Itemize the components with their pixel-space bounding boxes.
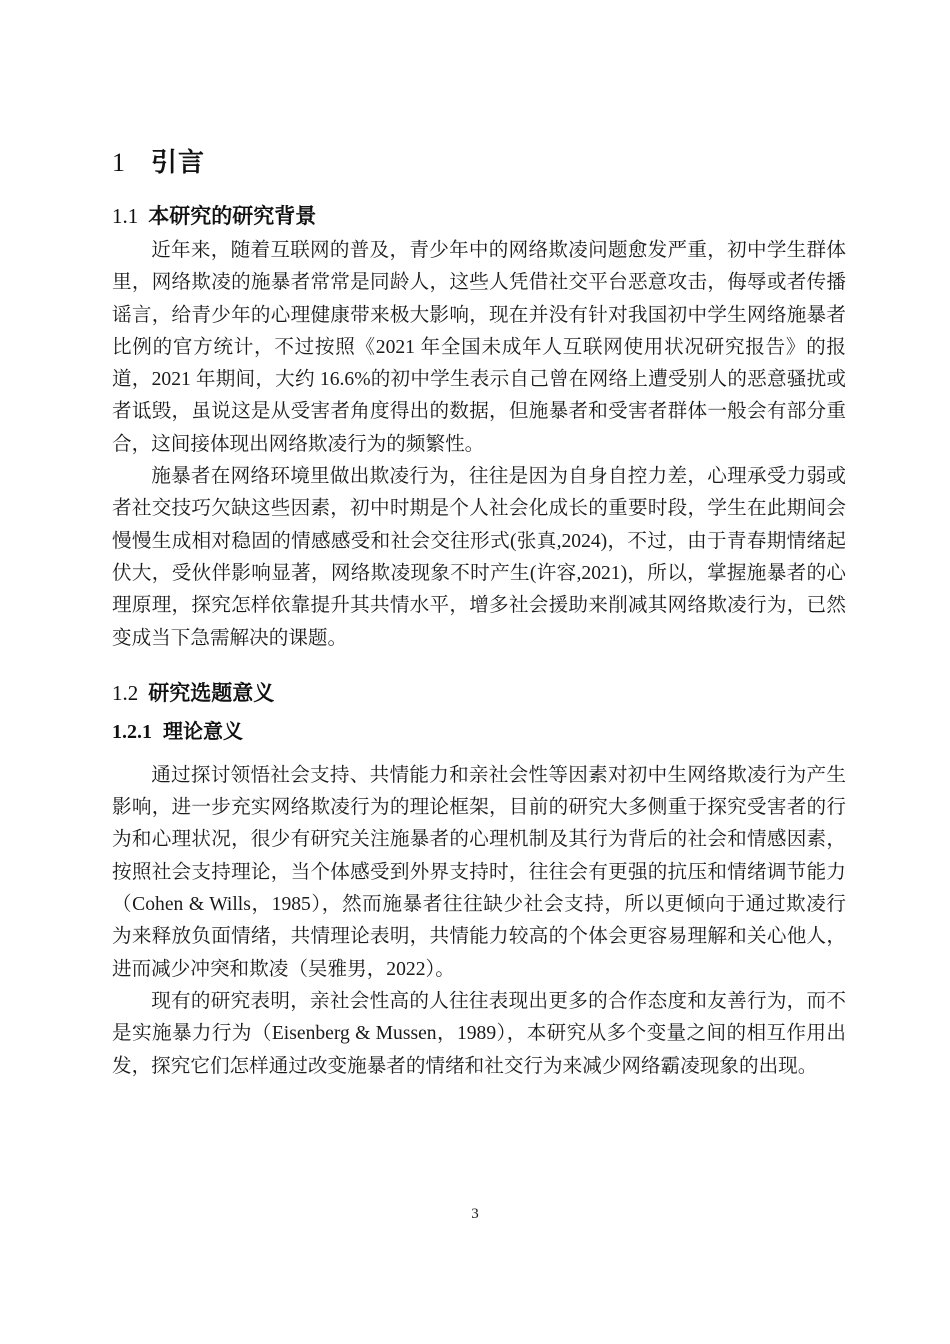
section-title: 本研究的研究背景 xyxy=(148,205,316,228)
paragraph: 现有的研究表明，亲社会性高的人往往表现出更多的合作态度和友善行为，而不是实施暴力… xyxy=(112,986,846,1083)
subsection-title: 理论意义 xyxy=(163,721,243,743)
section-number: 1.1 xyxy=(112,204,138,228)
page-number: 3 xyxy=(0,1206,950,1223)
paragraph: 通过探讨领悟社会支持、共情能力和亲社会性等因素对初中生网络欺凌行为产生影响，进一… xyxy=(112,760,846,986)
chapter-title: 引言 xyxy=(151,147,205,177)
chapter-number: 1 xyxy=(112,148,125,177)
subsection-number: 1.2.1 xyxy=(112,721,152,743)
paragraph: 近年来，随着互联网的普及，青少年中的网络欺凌问题愈发严重，初中学生群体里，网络欺… xyxy=(112,235,846,461)
section-heading-1-1: 1.1本研究的研究背景 xyxy=(112,202,846,231)
chapter-heading: 1引言 xyxy=(112,145,846,180)
section-heading-1-2: 1.2研究选题意义 xyxy=(112,679,846,708)
document-page: 1引言 1.1本研究的研究背景 近年来，随着互联网的普及，青少年中的网络欺凌问题… xyxy=(0,0,950,1344)
section-number: 1.2 xyxy=(112,681,138,705)
section-title: 研究选题意义 xyxy=(148,682,274,705)
subsection-heading-1-2-1: 1.2.1理论意义 xyxy=(112,718,846,746)
paragraph: 施暴者在网络环境里做出欺凌行为，往往是因为自身自控力差，心理承受力弱或者社交技巧… xyxy=(112,461,846,655)
